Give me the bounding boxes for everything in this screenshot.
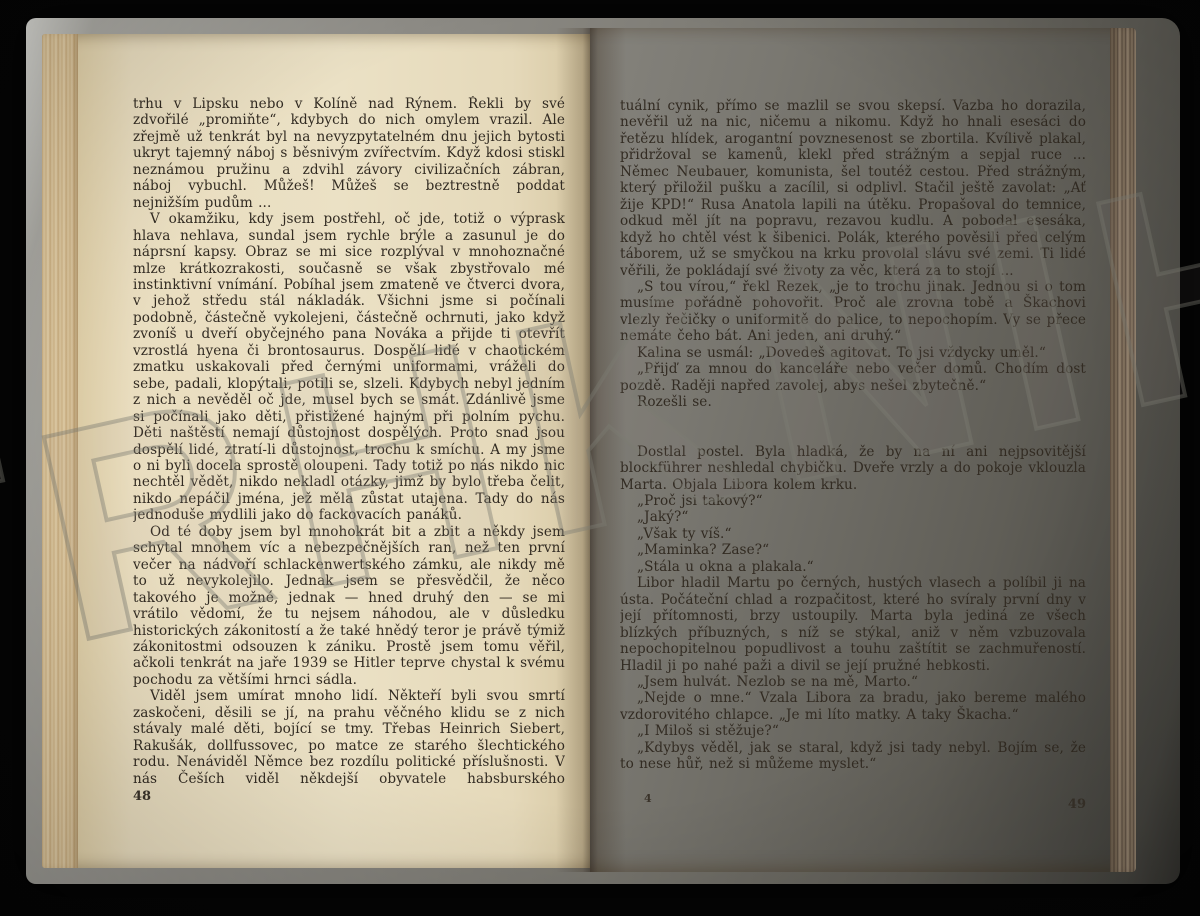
paragraph: „Proč jsi takový?“ (620, 493, 1086, 509)
left-page-number: 48 (133, 789, 151, 804)
right-page-text: tuální cynik, přímo se mazlil se svou sk… (620, 98, 1086, 776)
left-fore-edge-pages (42, 34, 78, 868)
right-page-number: 49 (620, 797, 1086, 812)
paragraph: V okamžiku, kdy jsem postřehl, oč jde, t… (133, 211, 565, 524)
paragraph: Od té doby jsem byl mnohokrát bit a zbit… (133, 524, 565, 689)
paragraph: Kalina se usmál: „Dovedeš agitovat. To j… (620, 345, 1086, 361)
paragraph: „Přijď za mnou do kanceláře nebo večer d… (620, 361, 1086, 394)
left-page-text: trhu v Lipsku nebo v Kolíně nad Rýnem. Ř… (133, 96, 565, 786)
paragraph: „Nejde o mne.“ Vzala Libora za bradu, ja… (620, 690, 1086, 723)
paragraph: „Jaký?“ (620, 509, 1086, 525)
paragraph: Libor hladil Martu po černých, hustých v… (620, 575, 1086, 674)
paragraph: Dostlal postel. Byla hladká, že by na ní… (620, 444, 1086, 493)
paragraph: „Jsem hulvát. Nezlob se na mě, Marto.“ (620, 674, 1086, 690)
paragraph: „Však ty víš.“ (620, 526, 1086, 542)
right-fore-edge-pages (1110, 28, 1136, 872)
paragraph: Rozešli se. (620, 394, 1086, 410)
book-photo: trhu v Lipsku nebo v Kolíně nad Rýnem. Ř… (0, 0, 1200, 916)
paragraph: tuální cynik, přímo se mazlil se svou sk… (620, 98, 1086, 279)
paragraph: Viděl jsem umírat mnoho lidí. Někteří by… (133, 688, 565, 786)
paragraph: „S tou vírou,“ řekl Rezek, „je to trochu… (620, 279, 1086, 345)
paragraph: „Stála u okna a plakala.“ (620, 559, 1086, 575)
paragraph: trhu v Lipsku nebo v Kolíně nad Rýnem. Ř… (133, 96, 565, 211)
paragraph: „Maminka? Zase?“ (620, 542, 1086, 558)
paragraph: „Kdybys věděl, jak se staral, když jsi t… (620, 740, 1086, 773)
paragraph: „I Miloš si stěžuje?“ (620, 723, 1086, 739)
